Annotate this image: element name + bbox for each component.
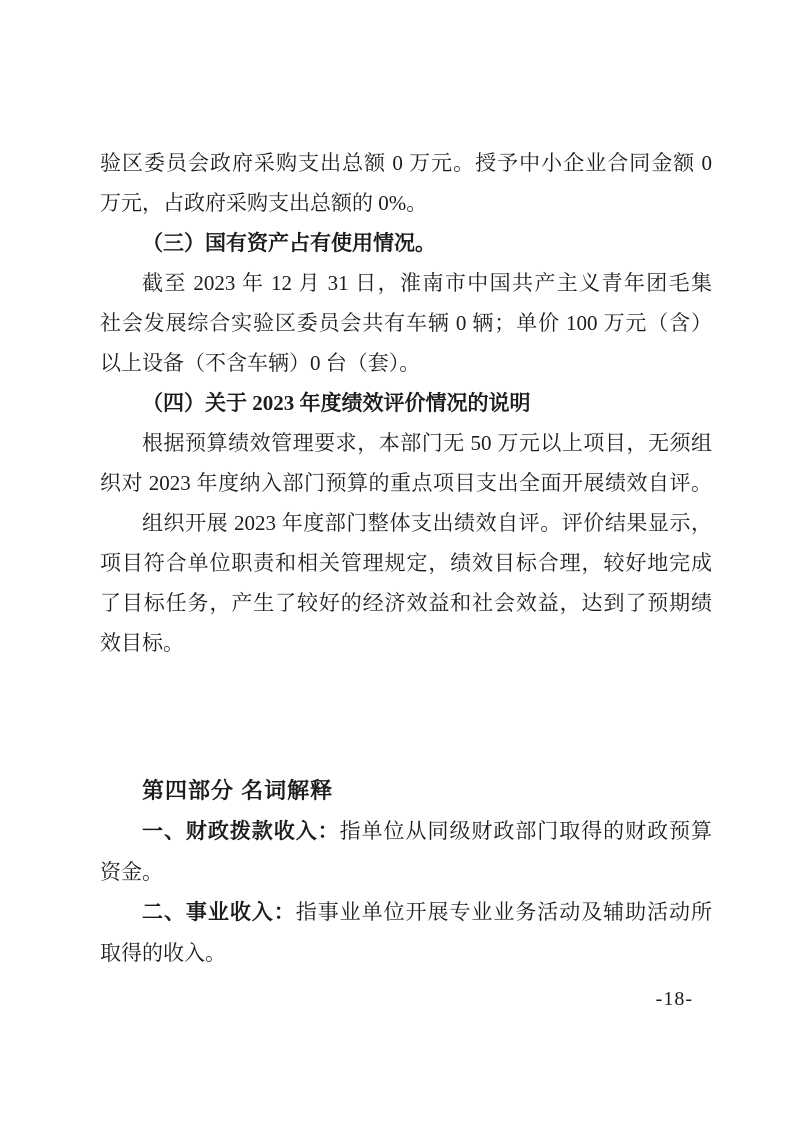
section-heading-text: （四）关于 2023 年度绩效评价情况的说明	[100, 383, 712, 423]
blank-space	[100, 663, 712, 771]
document-content: 验区委员会政府采购支出总额 0 万元。授予中小企业合同金额 0 万元，占政府采购…	[100, 143, 712, 973]
paragraph-performance-result: 组织开展 2023 年度部门整体支出绩效自评。评价结果显示， 项目符合单位职责和…	[100, 503, 712, 663]
text-line: 万元，占政府采购支出总额的 0%。	[100, 183, 712, 223]
paragraph-performance-note: 根据预算绩效管理要求，本部门无 50 万元以上项目，无须组 织对 2023 年度…	[100, 423, 712, 503]
text-line: 效目标。	[100, 623, 712, 663]
text-line: 截至 2023 年 12 月 31 日，淮南市中国共产主义青年团毛集	[100, 263, 712, 303]
document-page: 验区委员会政府采购支出总额 0 万元。授予中小企业合同金额 0 万元，占政府采购…	[0, 0, 793, 1122]
section-heading-text: （三）国有资产占有使用情况。	[100, 223, 712, 263]
paragraph-term-business-income: 二、事业收入：指事业单位开展专业业务活动及辅助活动所 取得的收入。	[100, 892, 712, 973]
text-line: 组织开展 2023 年度部门整体支出绩效自评。评价结果显示，	[100, 503, 712, 543]
text-line: 二、事业收入：指事业单位开展专业业务活动及辅助活动所	[100, 892, 712, 933]
paragraph-term-fiscal-appropriation-income: 一、财政拨款收入：指单位从同级财政部门取得的财政预算 资金。	[100, 811, 712, 892]
heading-section-four: （四）关于 2023 年度绩效评价情况的说明	[100, 383, 712, 423]
text-line: 验区委员会政府采购支出总额 0 万元。授予中小企业合同金额 0	[100, 143, 712, 183]
part-heading-text: 第四部分 名词解释	[100, 771, 712, 811]
paragraph-state-assets: 截至 2023 年 12 月 31 日，淮南市中国共产主义青年团毛集 社会发展综…	[100, 263, 712, 383]
text-line: 项目符合单位职责和相关管理规定，绩效目标合理，较好地完成	[100, 543, 712, 583]
text-line: 以上设备（不含车辆）0 台（套）。	[100, 343, 712, 383]
term-definition: 指单位从同级财政部门取得的财政预算	[340, 819, 712, 843]
term-definition: 指事业单位开展专业业务活动及辅助活动所	[296, 900, 712, 924]
page-number: -18-	[656, 988, 693, 1011]
text-line: 社会发展综合实验区委员会共有车辆 0 辆；单价 100 万元（含）	[100, 303, 712, 343]
paragraph-procurement-continuation: 验区委员会政府采购支出总额 0 万元。授予中小企业合同金额 0 万元，占政府采购…	[100, 143, 712, 223]
text-line: 一、财政拨款收入：指单位从同级财政部门取得的财政预算	[100, 811, 712, 852]
text-line: 了目标任务，产生了较好的经济效益和社会效益，达到了预期绩	[100, 583, 712, 623]
term-label: 一、财政拨款收入：	[142, 820, 340, 843]
heading-section-three: （三）国有资产占有使用情况。	[100, 223, 712, 263]
text-line: 取得的收入。	[100, 933, 712, 973]
text-line: 资金。	[100, 852, 712, 892]
term-label: 二、事业收入：	[142, 901, 296, 924]
heading-part-four: 第四部分 名词解释	[100, 771, 712, 811]
text-line: 根据预算绩效管理要求，本部门无 50 万元以上项目，无须组	[100, 423, 712, 463]
text-line: 织对 2023 年度纳入部门预算的重点项目支出全面开展绩效自评。	[100, 463, 712, 503]
